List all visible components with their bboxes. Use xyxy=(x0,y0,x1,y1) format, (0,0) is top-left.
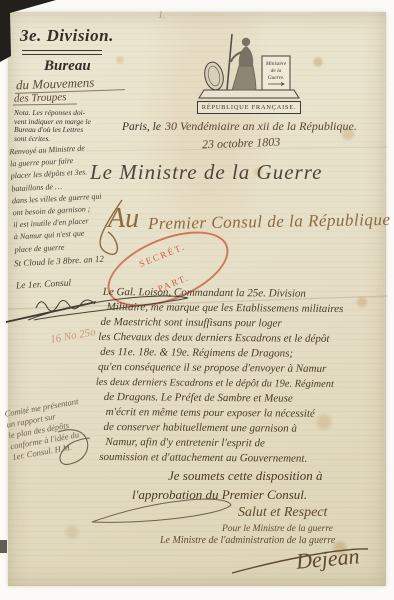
body-line: soumission et d'attachement au Gouvernem… xyxy=(99,450,342,467)
nota-text: Nota. Les réponses doi- vent indiquer en… xyxy=(14,109,91,143)
minister-administration-line: Le Ministre de l'administration de la gu… xyxy=(160,535,335,546)
tablet-line-3: Guerre. xyxy=(268,75,285,81)
salutation: Salut et Respect xyxy=(238,505,327,521)
letter-scan: 1. 3e. Division. Bureau du Mouvemens des… xyxy=(0,0,394,600)
dateline: Paris, le 30 Vendémiaire an xii de la Ré… xyxy=(122,117,357,135)
republic-emblem: Ministère de la Guerre. RÉPUBLIQUE FRANÇ… xyxy=(196,32,302,116)
tablet-line-2: de la xyxy=(271,68,282,74)
revolutionary-date: 30 Vendémiaire an xii de la République. xyxy=(165,119,357,133)
figure-torso xyxy=(239,46,253,66)
signature-dejean: Dejean xyxy=(295,543,361,574)
figure-head xyxy=(242,38,250,46)
shield xyxy=(202,60,225,91)
napoleon-apostille: Renvoyé au Ministre de la guerre pour fa… xyxy=(9,142,104,256)
bureau-heading: Bureau xyxy=(44,58,91,75)
tablet-line-1: Ministère xyxy=(265,61,287,67)
division-heading: 3e. Division. xyxy=(20,26,114,46)
closing-line-2: l'approbation du Premier Consul. xyxy=(132,487,307,503)
letter-body: Le Gal. Loison, Commandant la 25e. Divis… xyxy=(95,285,343,467)
closing-line-1: Je soumets cette disposition à xyxy=(168,468,323,484)
addressee-prefix: Au xyxy=(108,203,139,235)
figure-drapery xyxy=(232,66,256,90)
republique-francaise-label: RÉPUBLIQUE FRANÇAISE. xyxy=(202,104,297,111)
addressee-line: Premier Consul de la République xyxy=(148,210,391,234)
division-double-rule xyxy=(22,50,102,55)
minister-title: Le Ministre de la Guerre xyxy=(90,160,322,185)
gregorian-date: 23 octobre 1803 xyxy=(202,135,281,153)
emblem-platform xyxy=(199,90,299,98)
pour-le-ministre-line: Pour le Ministre de la guerre xyxy=(222,524,333,534)
seated-republic-figure: Ministère de la Guerre. xyxy=(196,32,302,100)
corner-numeral: 1. xyxy=(158,10,166,21)
dateline-printed-prefix: Paris, le xyxy=(122,121,161,133)
republique-francaise-plaque: RÉPUBLIQUE FRANÇAISE. xyxy=(197,101,301,114)
